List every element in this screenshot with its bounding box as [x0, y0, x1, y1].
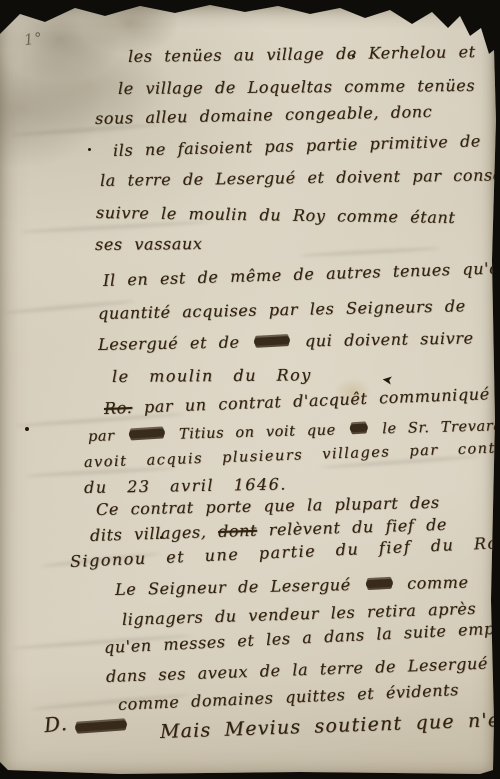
- handwritten-text: qui doivent suivre: [293, 328, 474, 350]
- handwritten-text: ils ne faisoient pas partie primitive de: [113, 131, 481, 160]
- manuscript-line: Mais Mevius soutient que n'étant: [160, 709, 500, 743]
- manuscript-line: ses vassaux: [95, 235, 203, 254]
- handwritten-text: Il en est de même de autres tenues qu'on: [103, 258, 500, 290]
- handwritten-text: comme domaines quittes et évidents: [118, 680, 460, 714]
- margin-note-bottom-left: D.: [43, 711, 69, 737]
- manuscript-photo: 1° D. ➤ les tenües au village de Kerhelo…: [0, 0, 500, 779]
- manuscript-line: sous alleu domaine congeable, donc: [95, 103, 433, 128]
- manuscript-line: le village de Loqueltas comme tenües: [118, 77, 475, 98]
- handwritten-text: le village de Loqueltas comme tenües: [118, 76, 475, 98]
- manuscript-line: Le Seigneur de Lesergué comme: [115, 574, 469, 599]
- manuscript-line: ils ne faisoient pas partie primitive de: [113, 132, 481, 159]
- handwritten-text: le Sr. Trevaras: [371, 418, 500, 438]
- handwritten-text: par: [88, 428, 126, 445]
- manuscript-line: la terre de Lesergué et doivent par cons…: [100, 166, 500, 190]
- handwritten-text: dits villages,: [90, 522, 219, 545]
- manuscript-line: les tenües au village de Kerhelou et: [128, 43, 476, 65]
- manuscript-line: le moulin du Roy: [112, 366, 312, 385]
- struck-word: Ro.: [104, 398, 133, 418]
- scribbled-out-word: [350, 423, 368, 432]
- handwritten-text: Titius on voit que: [168, 422, 348, 443]
- handwritten-text: Le Seigneur de Lesergué: [115, 575, 363, 599]
- margin-scribble: [75, 720, 127, 732]
- margin-note-top-left: 1°: [23, 29, 44, 49]
- manuscript-line: Ce contrat porte que la plupart des: [96, 494, 440, 519]
- handwritten-text: la terre de Lesergué et doivent par cons…: [100, 165, 500, 190]
- handwritten-text: Ce contrat porte que la plupart des: [96, 493, 440, 519]
- scribbled-out-word: [129, 428, 165, 438]
- scribbled-out-word: [365, 579, 392, 588]
- manuscript-line: Lesergué et de qui doivent suivre: [98, 329, 474, 353]
- manuscript-line: Ro. par un contrat d'acquêt communiqué: [104, 385, 490, 417]
- handwritten-text: sous alleu domaine congeable, donc: [95, 102, 433, 128]
- handwritten-text: le moulin du Roy: [112, 365, 312, 386]
- manuscript-line: quantité acquises par les Seigneurs de: [98, 297, 466, 322]
- manuscript-line: Il en est de même de autres tenues qu'on: [103, 259, 500, 289]
- bleedthrough-mark: [300, 246, 440, 257]
- handwritten-text: les tenües au village de Kerhelou et: [128, 42, 476, 66]
- handwritten-text: du 23 avril 1646.: [84, 474, 287, 497]
- paper: 1° D. ➤ les tenües au village de Kerhelo…: [0, 0, 500, 779]
- ink-speck: [88, 148, 91, 151]
- scribbled-out-word: [254, 336, 290, 346]
- ink-speck: [25, 427, 29, 431]
- manuscript-line: avoit acquis plusieurs villages par cont…: [84, 441, 500, 472]
- handwritten-text: Mais Mevius soutient que n'étant: [160, 708, 500, 743]
- handwritten-text: ses vassaux: [95, 234, 203, 254]
- struck-word: dont: [218, 521, 258, 541]
- handwritten-text: quantité acquises par les Seigneurs de: [98, 296, 466, 323]
- handwritten-text: par un contrat d'acquêt communiqué: [132, 384, 490, 417]
- ink-mark-arrow: ➤: [381, 371, 394, 387]
- handwritten-text: comme: [395, 573, 468, 594]
- handwritten-text: Lesergué et de: [98, 332, 252, 354]
- manuscript-line: comme domaines quittes et évidents: [118, 681, 460, 713]
- manuscript-line: du 23 avril 1646.: [84, 475, 287, 496]
